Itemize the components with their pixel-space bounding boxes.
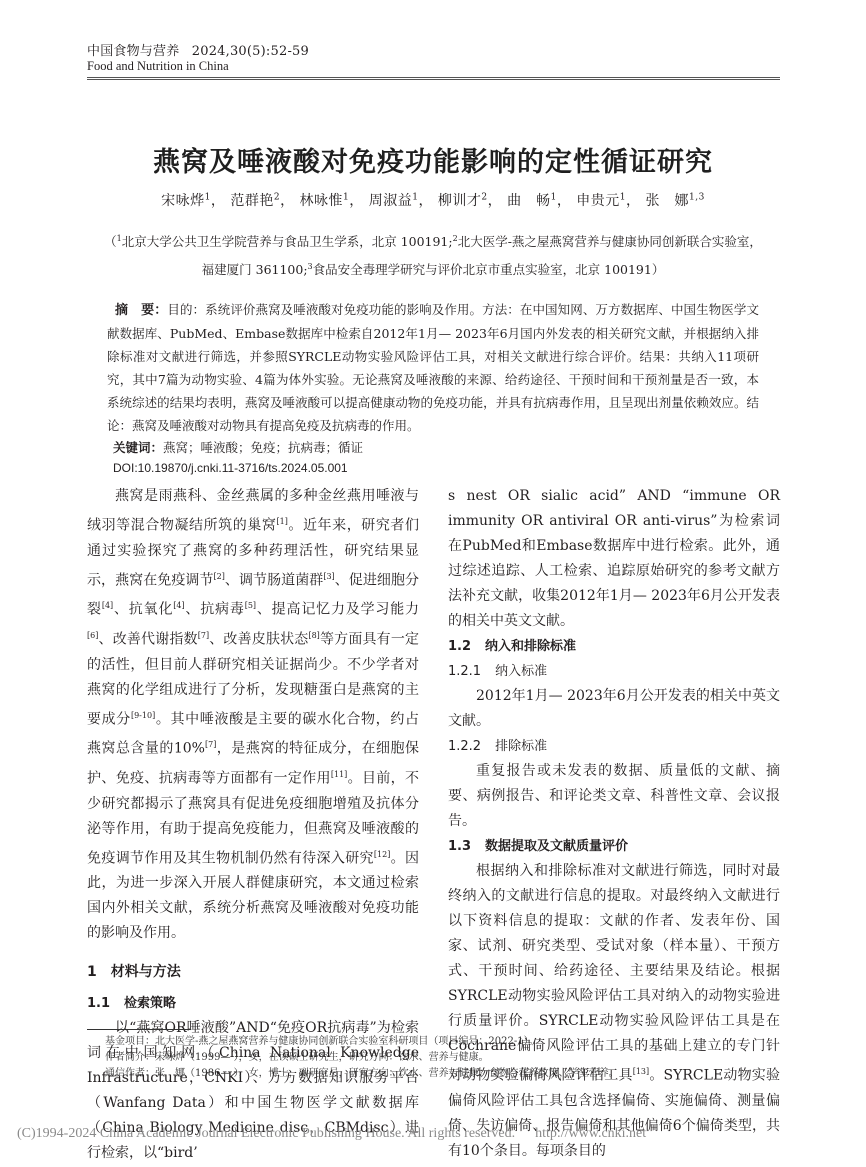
exclusion-criteria-paragraph: 重复报告或未发表的数据、质量低的文献、摘要、病例报告、和评论类文章、科普性文章、… [448,759,780,834]
header-divider [87,77,780,80]
author: 曲 畅1 [507,193,557,209]
section-heading-1-2-1: 1.2.1纳入标准 [448,659,780,684]
keywords-label: 关键词 [113,440,151,455]
footer-url-link[interactable]: http://www.cnki.net [535,1126,646,1141]
author: 林咏惟1 [300,193,350,209]
affiliations: （1北京大学公共卫生学院营养与食品卫生学系，北京 100191;2北大医学-燕之… [100,226,766,282]
footnote-author-bio: 作者简介：宋咏烨（1999— ），女，在读硕士研究生，研究方向：饮水、营养与健康… [105,1050,619,1066]
citation-ref[interactable]: [1] [276,517,287,526]
citation-ref[interactable]: [3] [323,572,334,581]
abstract-text: 目的：系统评价燕窝及唾液酸对免疫功能的影响及作用。方法：在中国知网、万方数据库、… [107,302,759,433]
citation-ref[interactable]: [11] [331,770,347,779]
journal-name-en: Food and Nutrition in China [87,59,229,74]
section-heading-1: 1材料与方法 [87,960,419,985]
search-strategy-continued: s nest OR sialic acid” AND “immune OR im… [448,484,780,634]
section-heading-1-2: 1.2纳入和排除标准 [448,634,780,659]
journal-header: 中国食物与营养 2024,30(5):52-59 [87,40,309,59]
citation-ref[interactable]: [2] [214,572,225,581]
author: 范群艳2 [230,193,280,209]
intro-paragraph: 燕窝是雨燕科、金丝燕属的多种金丝燕用唾液与绒羽等混合物凝结所筑的巢窝[1]。近年… [87,484,419,946]
keywords-text: 燕窝；唾液酸；免疫；抗病毒；循证 [163,440,363,455]
author: 柳训才2 [438,193,488,209]
citation-ref[interactable]: [7] [198,631,209,640]
inclusion-criteria-paragraph: 2012年1月— 2023年6月公开发表的相关中英文文献。 [448,684,780,734]
keywords: 关键词：燕窝；唾液酸；免疫；抗病毒；循证 [113,438,363,456]
paper-title: 燕窝及唾液酸对免疫功能影响的定性循证研究 [0,140,866,179]
citation-ref[interactable]: [9-10] [131,711,155,720]
citation-ref[interactable]: [13] [633,1067,649,1076]
footnote-funding: 基金项目：北大医学-燕之屋燕窝营养与健康协同创新联合实验室科研项目（项目编号：2… [105,1034,619,1050]
author: 申贵元1 [576,193,626,209]
author: 周淑益1 [369,193,419,209]
section-heading-1-3: 1.3数据提取及文献质量评价 [448,834,780,859]
citation-ref[interactable]: [12] [374,850,390,859]
author: 张 娜1,3 [645,193,704,209]
footnotes: 基金项目：北大医学-燕之屋燕窝营养与健康协同创新联合实验室科研项目（项目编号：2… [105,1034,619,1082]
section-heading-1-1: 1.1检索策略 [87,991,419,1016]
footnote-corresponding-author: 通信作者：张 娜（1986— ），女，博士，副研究员，研究方向：饮水、营养与健康… [105,1066,619,1082]
citation-ref[interactable]: [4] [173,601,184,610]
doi: DOI:10.19870/j.cnki.11-3716/ts.2024.05.0… [113,461,348,475]
author-list: 宋咏烨1， 范群艳2， 林咏惟1， 周淑益1， 柳训才2， 曲 畅1， 申贵元1… [0,190,866,210]
data-extraction-paragraph: 根据纳入和排除标准对文献进行筛选，同时对最终纳入的文献进行信息的提取。对最终纳入… [448,859,780,1164]
citation-ref[interactable]: [5] [245,601,256,610]
citation-ref[interactable]: [7] [205,740,216,749]
journal-name-cn: 中国食物与营养 [87,44,179,59]
section-heading-1-2-2: 1.2.2排除标准 [448,734,780,759]
citation-ref[interactable]: [4] [102,601,113,610]
citation-ref[interactable]: [6] [87,631,98,640]
citation-ref[interactable]: [8] [308,631,319,640]
copyright-text: (C)1994-2024 China Academic Journal Elec… [17,1126,515,1141]
page-footer: (C)1994-2024 China Academic Journal Elec… [17,1126,646,1142]
author: 宋咏烨1 [161,193,211,209]
abstract: 摘 要：目的：系统评价燕窝及唾液酸对免疫功能的影响及作用。方法：在中国知网、万方… [107,298,759,437]
abstract-label: 摘 要 [115,303,154,318]
footnote-divider [87,1029,191,1030]
journal-citation: 2024,30(5):52-59 [192,44,309,59]
